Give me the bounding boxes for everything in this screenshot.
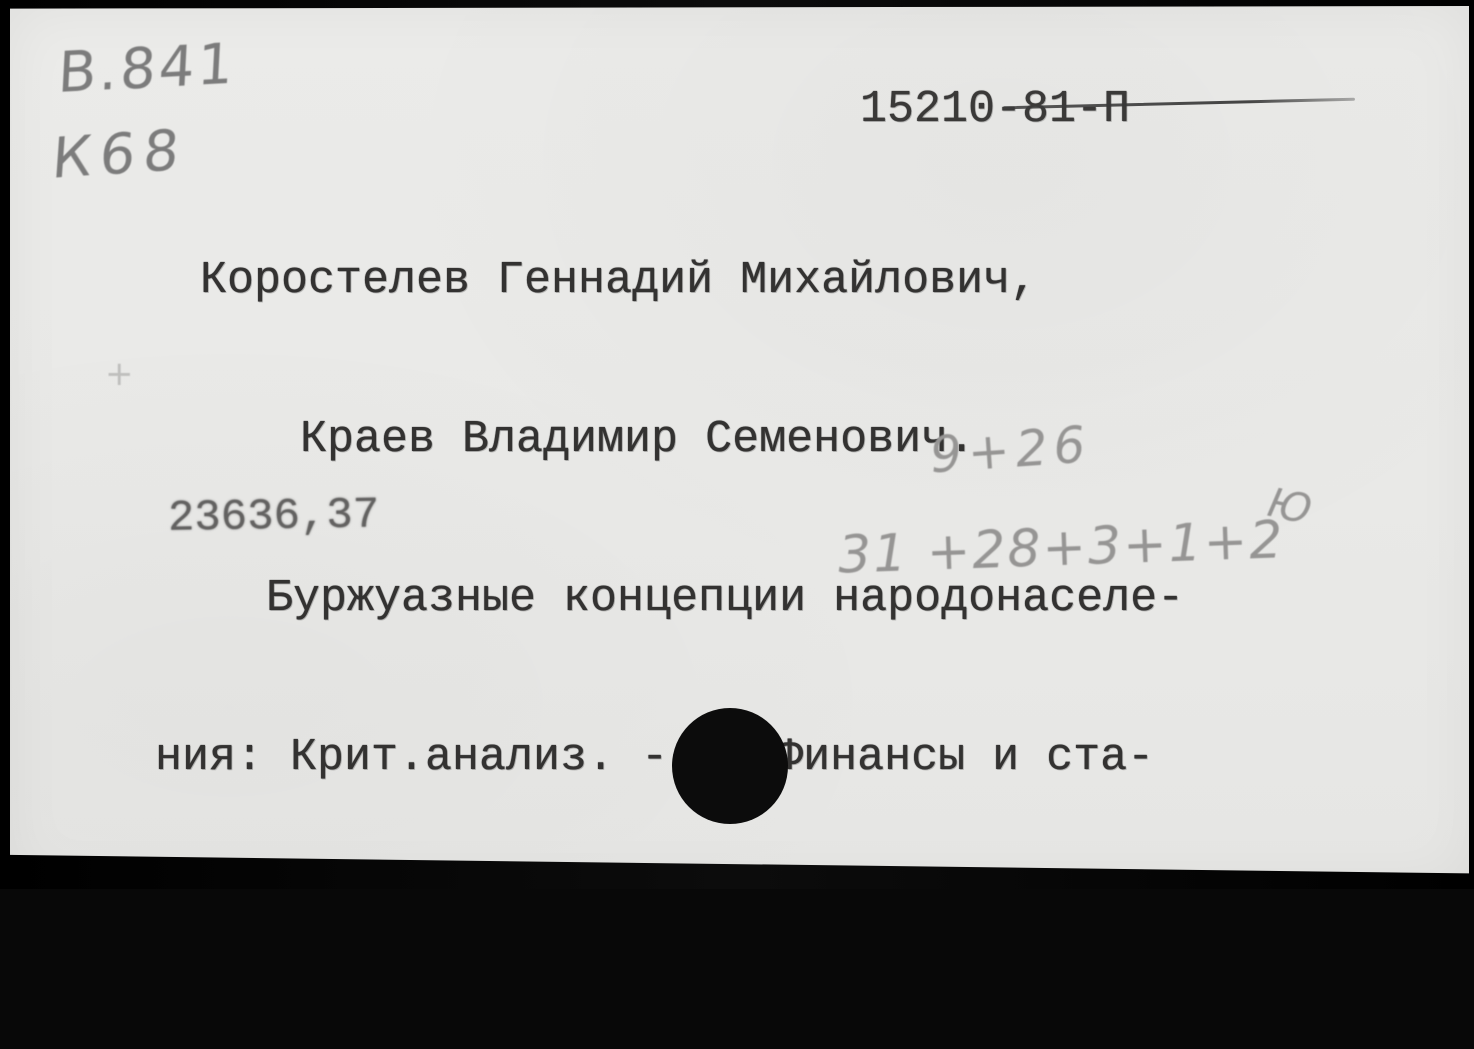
edition-index-number: 15210-81-П [860, 84, 1130, 135]
library-catalog-card: В.841 К68 15210-81-П Коростелев Геннадий… [10, 6, 1469, 883]
pencil-note-superscript: Ю [1264, 480, 1316, 534]
call-number-classification: В.841 [56, 31, 237, 106]
punch-hole [672, 708, 788, 824]
author-line-1: Коростелев Геннадий Михайлович, [155, 254, 1184, 307]
title-line-1: Буржуазные концепции народонаселе- [155, 572, 1184, 625]
title-line-2: ния: Крит.анализ. - М.:Финансы и ста- [155, 731, 1184, 784]
accession-number-stamp: 23636,37 [168, 490, 380, 544]
margin-plus-mark: + [105, 354, 134, 394]
pencil-note-top: 9+26 [928, 415, 1093, 484]
